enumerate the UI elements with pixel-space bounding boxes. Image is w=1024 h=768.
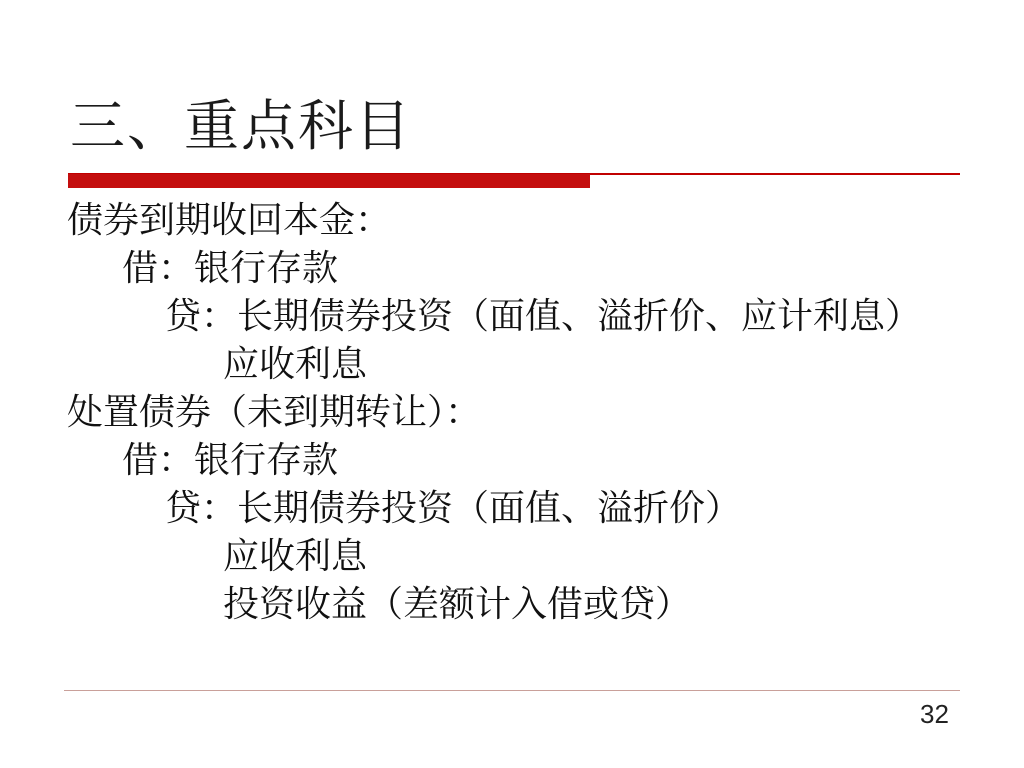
body-text: 债券到期收回本金：借：银行存款贷：长期债券投资（面值、溢折价、应计利息）应收利息… bbox=[0, 196, 1024, 628]
footer-rule bbox=[64, 690, 960, 691]
body-line: 应收利息 bbox=[223, 340, 1024, 388]
slide: 三、重点科目 债券到期收回本金：借：银行存款贷：长期债券投资（面值、溢折价、应计… bbox=[0, 0, 1024, 768]
body-line: 债券到期收回本金： bbox=[67, 196, 1024, 244]
body-line: 贷：长期债券投资（面值、溢折价、应计利息） bbox=[165, 292, 1024, 340]
title-accent-bar bbox=[68, 174, 590, 188]
body-line: 处置债券（未到期转让）： bbox=[67, 388, 1024, 436]
body-line: 借：银行存款 bbox=[122, 244, 1024, 292]
page-number: 32 bbox=[920, 700, 949, 729]
slide-title: 三、重点科目 bbox=[70, 94, 412, 160]
body-line: 投资收益（差额计入借或贷） bbox=[223, 580, 1024, 628]
body-line: 应收利息 bbox=[223, 532, 1024, 580]
body-line: 借：银行存款 bbox=[122, 436, 1024, 484]
body-line: 贷：长期债券投资（面值、溢折价） bbox=[165, 484, 1024, 532]
